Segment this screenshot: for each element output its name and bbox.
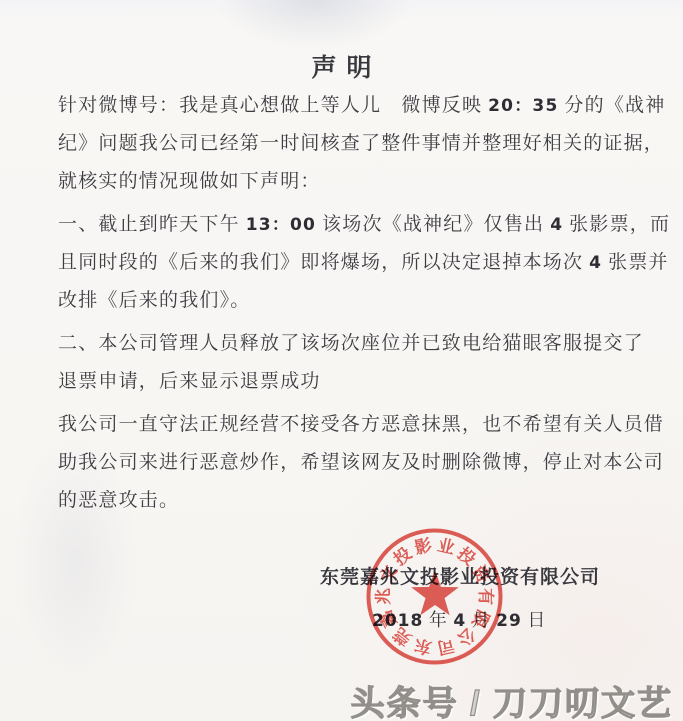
text-line: 改排《后来的我们》。 — [58, 282, 643, 320]
text-run: 年 — [423, 610, 453, 630]
text-line: 且同时段的《后来的我们》即将爆场，所以决定退掉本场次 4 张票并 — [58, 244, 643, 282]
text-run: 日 — [522, 610, 547, 630]
bold-number: 20：35 — [488, 96, 558, 116]
document-page: 声明 针对微博号：我是真心想做上等人儿 微博反映 20：35 分的《战神纪》问题… — [0, 0, 683, 721]
text-line: 针对微博号：我是真心想做上等人儿 微博反映 20：35 分的《战神 — [58, 87, 643, 125]
seal-ring-character: 有 — [476, 588, 496, 605]
paragraph: 我公司一直守法正规经营不接受各方恶意抹黑，也不希望有关人员借助我公司来进行恶意炒… — [58, 406, 643, 520]
signature-date: 2018 年 4 月 29 日 — [372, 606, 546, 632]
text-run: 张影票，而 — [563, 214, 670, 235]
bold-number: 4 — [550, 215, 563, 235]
seal-ring-character: 司 — [435, 635, 456, 657]
seal-graphic: 东莞嘉兆文投影业投资有限公司 — [364, 526, 506, 668]
paragraph: 二、本公司管理人员释放了该场次座位并已致电给猫眼客服提交了退票申请，后来显示退票… — [58, 325, 643, 401]
text-run: 就核实的情况现做如下声明： — [58, 171, 321, 192]
paragraph: 一、截止到昨天下午 13：00 该场次《战神纪》仅售出 4 张影票，而且同时段的… — [58, 206, 643, 320]
text-run: 改排《后来的我们》。 — [58, 290, 251, 311]
seal-ring — [369, 531, 501, 663]
text-run: 月 — [466, 610, 496, 630]
text-line: 我公司一直守法正规经营不接受各方恶意抹黑，也不希望有关人员借 — [58, 406, 643, 444]
text-run: 分的《战神 — [558, 95, 665, 116]
text-run: 纪》问题我公司已经第一时间核查了整件事情并整理好相关的证据， — [58, 133, 664, 154]
text-line: 纪》问题我公司已经第一时间核查了整件事情并整理好相关的证据， — [58, 125, 643, 163]
bold-number: 2018 — [372, 611, 423, 631]
text-run: 的恶意攻击。 — [58, 490, 179, 511]
bold-number: 4 — [453, 611, 466, 631]
text-line: 就核实的情况现做如下声明： — [58, 163, 643, 201]
seal-ring-character: 兆 — [373, 588, 393, 605]
bold-number: 4 — [589, 253, 602, 273]
watermark: 头条号 / 刀刀叨文艺 — [351, 676, 673, 721]
text-run: 且同时段的《后来的我们》即将爆场，所以决定退掉本场次 — [58, 252, 589, 273]
text-run: 该场次《战神纪》仅售出 — [316, 214, 550, 235]
text-run: 一、截止到昨天下午 — [58, 214, 246, 235]
text-run: 针对微博号：我是真心想做上等人儿 微博反映 — [58, 95, 488, 116]
text-line: 一、截止到昨天下午 13：00 该场次《战神纪》仅售出 4 张影票，而 — [58, 206, 643, 244]
text-line: 退票申请，后来显示退票成功 — [58, 363, 643, 401]
text-run: 我公司一直守法正规经营不接受各方恶意抹黑，也不希望有关人员借 — [58, 414, 664, 435]
bold-number: 29 — [496, 611, 522, 631]
text-run: 退票申请，后来显示退票成功 — [58, 371, 321, 392]
text-line: 的恶意攻击。 — [58, 482, 643, 520]
document-title: 声明 — [0, 48, 683, 84]
bold-number: 13：00 — [246, 215, 316, 235]
text-run: 张票并 — [602, 252, 669, 273]
paragraph: 针对微博号：我是真心想做上等人儿 微博反映 20：35 分的《战神纪》问题我公司… — [58, 87, 643, 201]
text-run: 二、本公司管理人员释放了该场次座位并已致电给猫眼客服提交了 — [58, 333, 644, 354]
company-signature: 东莞嘉兆文投影业投资有限公司 — [320, 562, 600, 589]
text-line: 助我公司来进行恶意炒作，希望该网友及时删除微博，停止对本公司 — [58, 444, 643, 482]
text-run: 助我公司来进行恶意炒作，希望该网友及时删除微博，停止对本公司 — [58, 452, 664, 473]
document-body: 针对微博号：我是真心想做上等人儿 微博反映 20：35 分的《战神纪》问题我公司… — [58, 87, 643, 525]
company-seal: 东莞嘉兆文投影业投资有限公司 — [364, 526, 506, 668]
seal-ring-character: 业 — [436, 536, 457, 558]
text-line: 二、本公司管理人员释放了该场次座位并已致电给猫眼客服提交了 — [58, 325, 643, 363]
seal-ring-character: 东 — [412, 635, 433, 658]
seal-ring-character: 影 — [413, 535, 434, 558]
